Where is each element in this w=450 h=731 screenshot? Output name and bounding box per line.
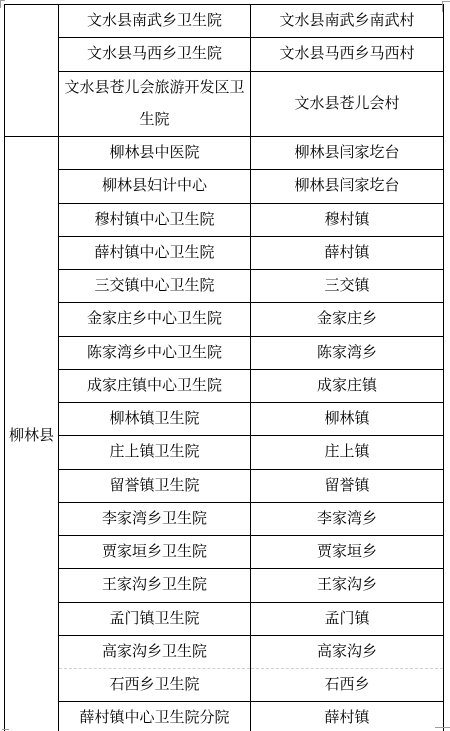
facility-cell: 高家沟乡卫生院 [59,635,251,668]
facility-cell: 金家庄乡中心卫生院 [59,303,251,336]
table-row: 柳林镇卫生院柳林镇 [5,403,444,436]
facility-cell: 贾家垣乡卫生院 [59,536,251,569]
table-row: 柳林县妇计中心柳林县闫家圪台 [5,170,444,203]
table-row: 成家庄镇中心卫生院成家庄镇 [5,369,444,402]
location-cell: 柳林县闫家圪台 [251,170,444,203]
location-cell: 成家庄镇 [251,369,444,402]
health-facility-table: 文水县南武乡卫生院文水县南武乡南武村文水县马西乡卫生院文水县马西乡马西村文水县苍… [4,4,444,731]
location-cell: 孟门镇 [251,602,444,635]
facility-cell: 孟门镇卫生院 [59,602,251,635]
facility-cell: 庄上镇卫生院 [59,436,251,469]
facility-cell: 薛村镇中心卫生院 [59,236,251,269]
location-cell: 王家沟乡 [251,569,444,602]
table-row: 柳林县柳林县中医院柳林县闫家圪台 [5,137,444,170]
location-cell: 薛村镇 [251,702,444,731]
location-cell: 文水县苍儿会村 [251,71,444,137]
facility-cell: 留誉镇卫生院 [59,469,251,502]
location-cell: 文水县南武乡南武村 [251,5,444,38]
location-cell: 柳林县闫家圪台 [251,137,444,170]
county-cell [5,5,59,137]
document-page: 文水县南武乡卫生院文水县南武乡南武村文水县马西乡卫生院文水县马西乡马西村文水县苍… [0,0,450,731]
table-row: 王家沟乡卫生院王家沟乡 [5,569,444,602]
facility-cell: 柳林县妇计中心 [59,170,251,203]
table-row: 贾家垣乡卫生院贾家垣乡 [5,536,444,569]
location-cell: 文水县马西乡马西村 [251,38,444,71]
facility-cell: 穆村镇中心卫生院 [59,203,251,236]
location-cell: 陈家湾乡 [251,336,444,369]
facility-cell: 柳林镇卫生院 [59,403,251,436]
location-cell: 金家庄乡 [251,303,444,336]
page-margin-mark-top-right [442,1,450,12]
table-row: 李家湾乡卫生院李家湾乡 [5,502,444,535]
table-row: 文水县苍儿会旅游开发区卫生院文水县苍儿会村 [5,71,444,137]
facility-cell: 成家庄镇中心卫生院 [59,369,251,402]
table-row: 薛村镇中心卫生院薛村镇 [5,236,444,269]
facility-cell: 文水县南武乡卫生院 [59,5,251,38]
table-row: 高家沟乡卫生院高家沟乡 [5,635,444,668]
table-row: 留誉镇卫生院留誉镇 [5,469,444,502]
facility-cell: 文水县苍儿会旅游开发区卫生院 [59,71,251,137]
table-row: 孟门镇卫生院孟门镇 [5,602,444,635]
table-row: 三交镇中心卫生院三交镇 [5,270,444,303]
facility-cell: 陈家湾乡中心卫生院 [59,336,251,369]
location-cell: 贾家垣乡 [251,536,444,569]
table-body: 文水县南武乡卫生院文水县南武乡南武村文水县马西乡卫生院文水县马西乡马西村文水县苍… [5,5,444,731]
page-margin-mark-top-left [0,0,5,8]
page-margin-mark-bottom-right [435,725,450,728]
page-margin-mark-bottom-left [2,727,9,730]
county-cell: 柳林县 [5,137,59,731]
facility-cell: 柳林县中医院 [59,137,251,170]
facility-cell: 三交镇中心卫生院 [59,270,251,303]
table-row: 穆村镇中心卫生院穆村镇 [5,203,444,236]
location-cell: 庄上镇 [251,436,444,469]
table-row: 石西乡卫生院石西乡 [5,669,444,702]
table-row: 薛村镇中心卫生院分院薛村镇 [5,702,444,731]
location-cell: 石西乡 [251,669,444,702]
facility-cell: 石西乡卫生院 [59,669,251,702]
facility-cell: 王家沟乡卫生院 [59,569,251,602]
location-cell: 留誉镇 [251,469,444,502]
table-row: 金家庄乡中心卫生院金家庄乡 [5,303,444,336]
facility-cell: 文水县马西乡卫生院 [59,38,251,71]
location-cell: 李家湾乡 [251,502,444,535]
table-row: 文水县马西乡卫生院文水县马西乡马西村 [5,38,444,71]
location-cell: 三交镇 [251,270,444,303]
facility-cell: 薛村镇中心卫生院分院 [59,702,251,731]
location-cell: 柳林镇 [251,403,444,436]
table-row: 庄上镇卫生院庄上镇 [5,436,444,469]
table-row: 文水县南武乡卫生院文水县南武乡南武村 [5,5,444,38]
location-cell: 高家沟乡 [251,635,444,668]
table-row: 陈家湾乡中心卫生院陈家湾乡 [5,336,444,369]
location-cell: 薛村镇 [251,236,444,269]
facility-cell: 李家湾乡卫生院 [59,502,251,535]
location-cell: 穆村镇 [251,203,444,236]
